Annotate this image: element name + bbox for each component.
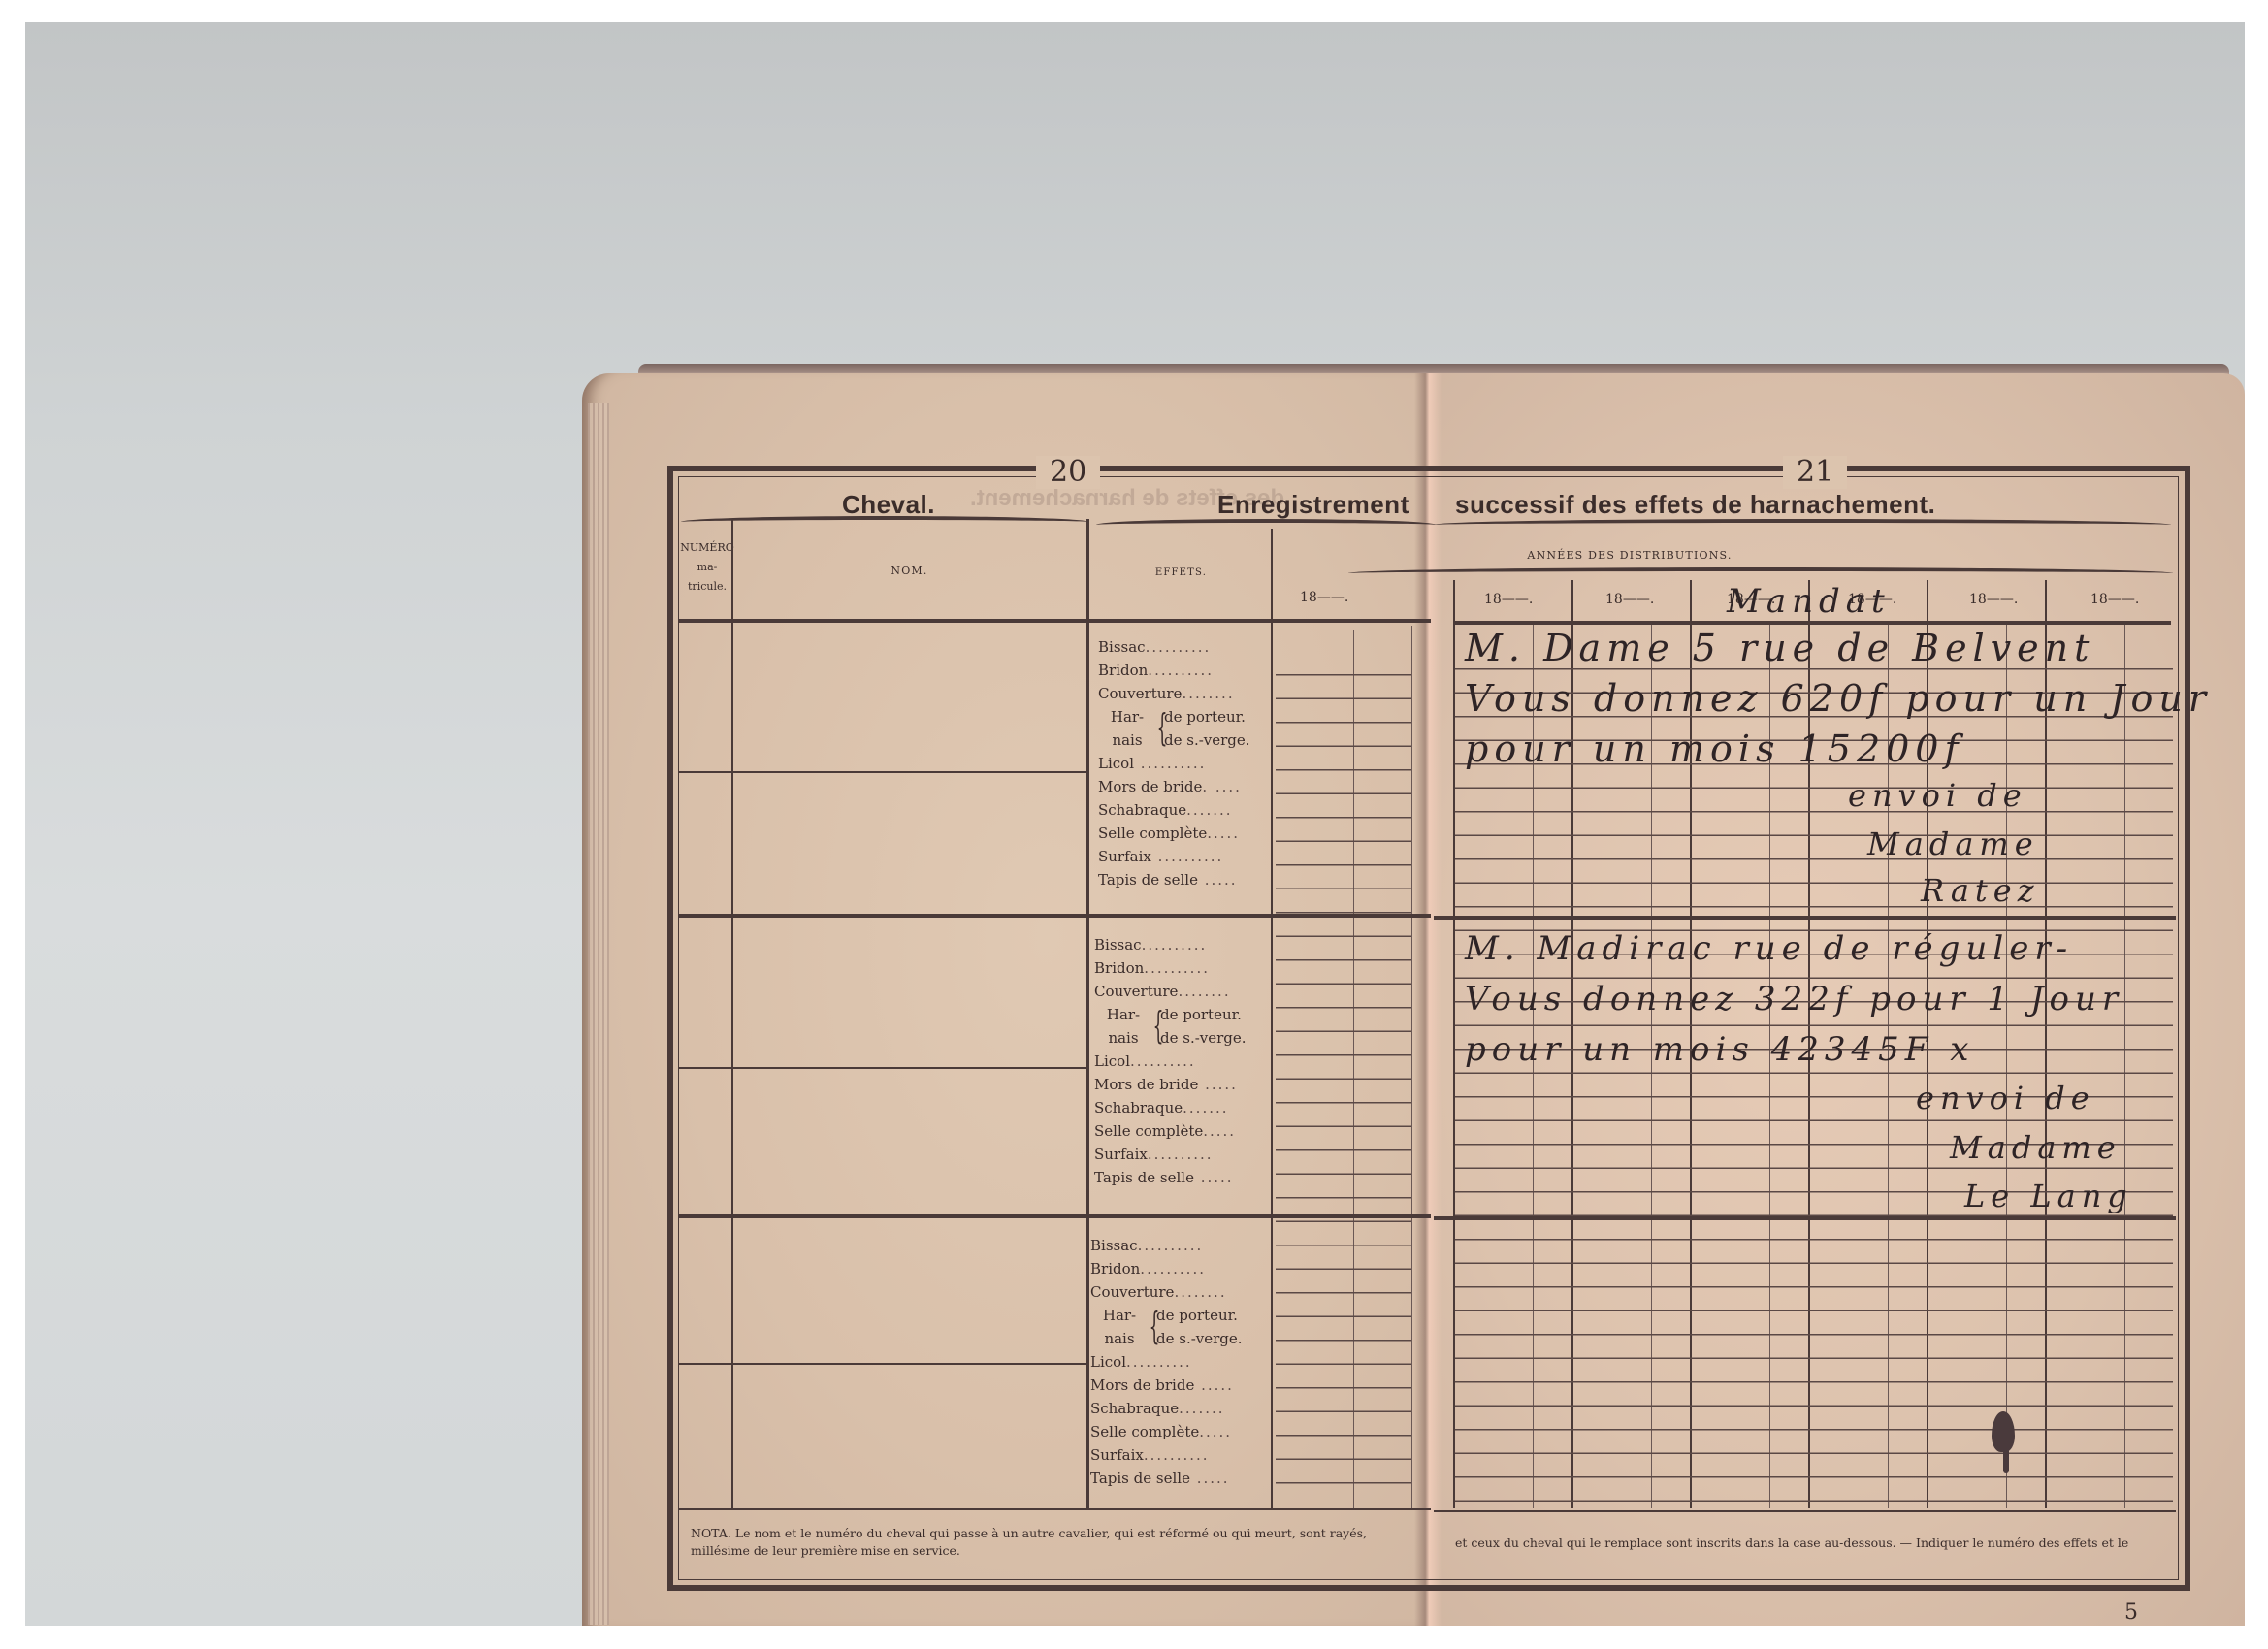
handwritten-entry2-line5: Madame — [1950, 1128, 2122, 1167]
effet-tapis-de-selle: Tapis de selle ..... — [1094, 1166, 1269, 1189]
effet-harnais: Har- nais { de porteur. de s.-verge. — [1100, 1304, 1275, 1350]
handwritten-entry1-line1: M. Dame 5 rue de Belvent — [1465, 629, 2094, 667]
effet-schabraque: Schabraque....... — [1094, 1096, 1269, 1119]
handwritten-entry2-line6: Le Lang — [1964, 1177, 2133, 1215]
year-header-2: 18——. — [1605, 592, 1654, 607]
right-year-grid — [1455, 646, 2173, 1507]
handwritten-entry2-line4: envoi de — [1916, 1079, 2095, 1117]
block3-bottom-rule-right — [1434, 1510, 2176, 1512]
effet-bridon: Bridon.......... — [1098, 659, 1273, 682]
block2-mid-rule — [679, 1067, 1086, 1069]
handwritten-entry2-line2: Vous donnez 322f pour 1 Jour — [1465, 980, 2123, 1018]
right-page-note: et ceux du cheval qui le remplace sont i… — [1455, 1535, 2173, 1552]
enregistrement-brace — [1096, 519, 1436, 525]
effet-couverture: Couverture........ — [1090, 1280, 1265, 1304]
effet-bissac: Bissac.......... — [1094, 933, 1269, 956]
year-header-1: 18——. — [1484, 592, 1533, 607]
handwritten-entry1-line3: pour un mois 15200f — [1465, 729, 1964, 768]
matricule-header: NUMÉRO ma- tricule. — [679, 538, 735, 597]
matricule-divider — [731, 519, 733, 1508]
effet-surfaix: Surfaix.......... — [1090, 1443, 1265, 1467]
effet-schabraque: Schabraque....... — [1098, 798, 1273, 822]
effet-tapis-de-selle: Tapis de selle ..... — [1098, 868, 1273, 891]
ink-blot — [1992, 1411, 2015, 1452]
left-year-grid — [1276, 652, 1411, 1505]
effet-selle-complete: Selle complète..... — [1094, 1119, 1269, 1143]
handwritten-entry1-line6: Ratez — [1921, 871, 2040, 910]
effet-bissac: Bissac.......... — [1098, 635, 1273, 659]
matricule-header-line2: ma- — [679, 558, 735, 577]
effet-harnais: Har- nais { de porteur. de s.-verge. — [1104, 1003, 1279, 1050]
effet-bissac: Bissac.......... — [1090, 1234, 1265, 1257]
left-page-number: 20 — [1036, 456, 1100, 489]
year-header-6: 18——. — [2090, 592, 2139, 607]
footer-page-number: 5 — [2124, 1600, 2138, 1625]
handwritten-entry1-line5: Madame — [1867, 824, 2039, 863]
year-right-rule — [1411, 626, 1412, 1508]
nom-header: NOM. — [732, 565, 1086, 577]
effets-header: EFFETS. — [1091, 567, 1271, 578]
header-bottom-rule-left — [679, 619, 1431, 623]
effet-tapis-de-selle: Tapis de selle ..... — [1090, 1467, 1265, 1490]
effet-licol: Licol .......... — [1098, 752, 1273, 775]
handwritten-entry1-line2: Vous donnez 620f pour un Jour — [1465, 679, 2212, 718]
block3-bottom-rule — [679, 1508, 1431, 1510]
effet-selle-complete: Selle complète..... — [1090, 1420, 1265, 1443]
effet-surfaix: Surfaix.......... — [1094, 1143, 1269, 1166]
header-bottom-rule-right — [1453, 621, 2171, 625]
annees-brace — [1348, 567, 2173, 573]
effet-mors-de-bride: Mors de bride ..... — [1094, 1073, 1269, 1096]
effet-couverture: Couverture........ — [1098, 682, 1273, 705]
effet-bridon: Bridon.......... — [1094, 956, 1269, 980]
effet-selle-complete: Selle complète..... — [1098, 822, 1273, 845]
left-page-note: NOTA. Le nom et le numéro du cheval qui … — [691, 1525, 1428, 1560]
handwritten-heading: Mandat — [1727, 582, 1891, 621]
cheval-brace — [681, 516, 1088, 522]
effet-licol: Licol.......... — [1090, 1350, 1265, 1374]
effet-surfaix: Surfaix .......... — [1098, 845, 1273, 868]
title-enregistrement: Enregistrement — [1217, 490, 1409, 520]
year-header-5: 18——. — [1969, 592, 2018, 607]
effet-licol: Licol.......... — [1094, 1050, 1269, 1073]
successif-brace — [1434, 519, 2171, 525]
block1-mid-rule — [679, 771, 1086, 773]
matricule-header-line3: tricule. — [679, 577, 735, 597]
effet-bridon: Bridon.......... — [1090, 1257, 1265, 1280]
title-successif: successif des effets de harnachement. — [1455, 490, 1935, 520]
effets-divider — [1086, 519, 1089, 1508]
effet-couverture: Couverture........ — [1094, 980, 1269, 1003]
matricule-header-line1: NUMÉRO — [679, 538, 735, 558]
right-page-number: 21 — [1783, 456, 1847, 489]
effet-mors-de-bride: Mors de bride. .... — [1098, 775, 1273, 798]
effet-harnais: Har- nais { de porteur. de s.-verge. — [1108, 705, 1282, 752]
year-header-left: 18——. — [1300, 590, 1348, 605]
handwritten-entry1-line4: envoi de — [1848, 776, 2027, 815]
annees-header: ANNÉES DES DISTRIBUTIONS. — [1436, 549, 1824, 562]
handwritten-entry2-line3: pour un mois 42345F x — [1465, 1030, 1974, 1069]
handwritten-entry2-line1: M. Madirac rue de réguler- — [1465, 929, 2073, 968]
effet-schabraque: Schabraque....... — [1090, 1397, 1265, 1420]
effet-mors-de-bride: Mors de bride ..... — [1090, 1374, 1265, 1397]
block3-mid-rule — [679, 1363, 1086, 1365]
